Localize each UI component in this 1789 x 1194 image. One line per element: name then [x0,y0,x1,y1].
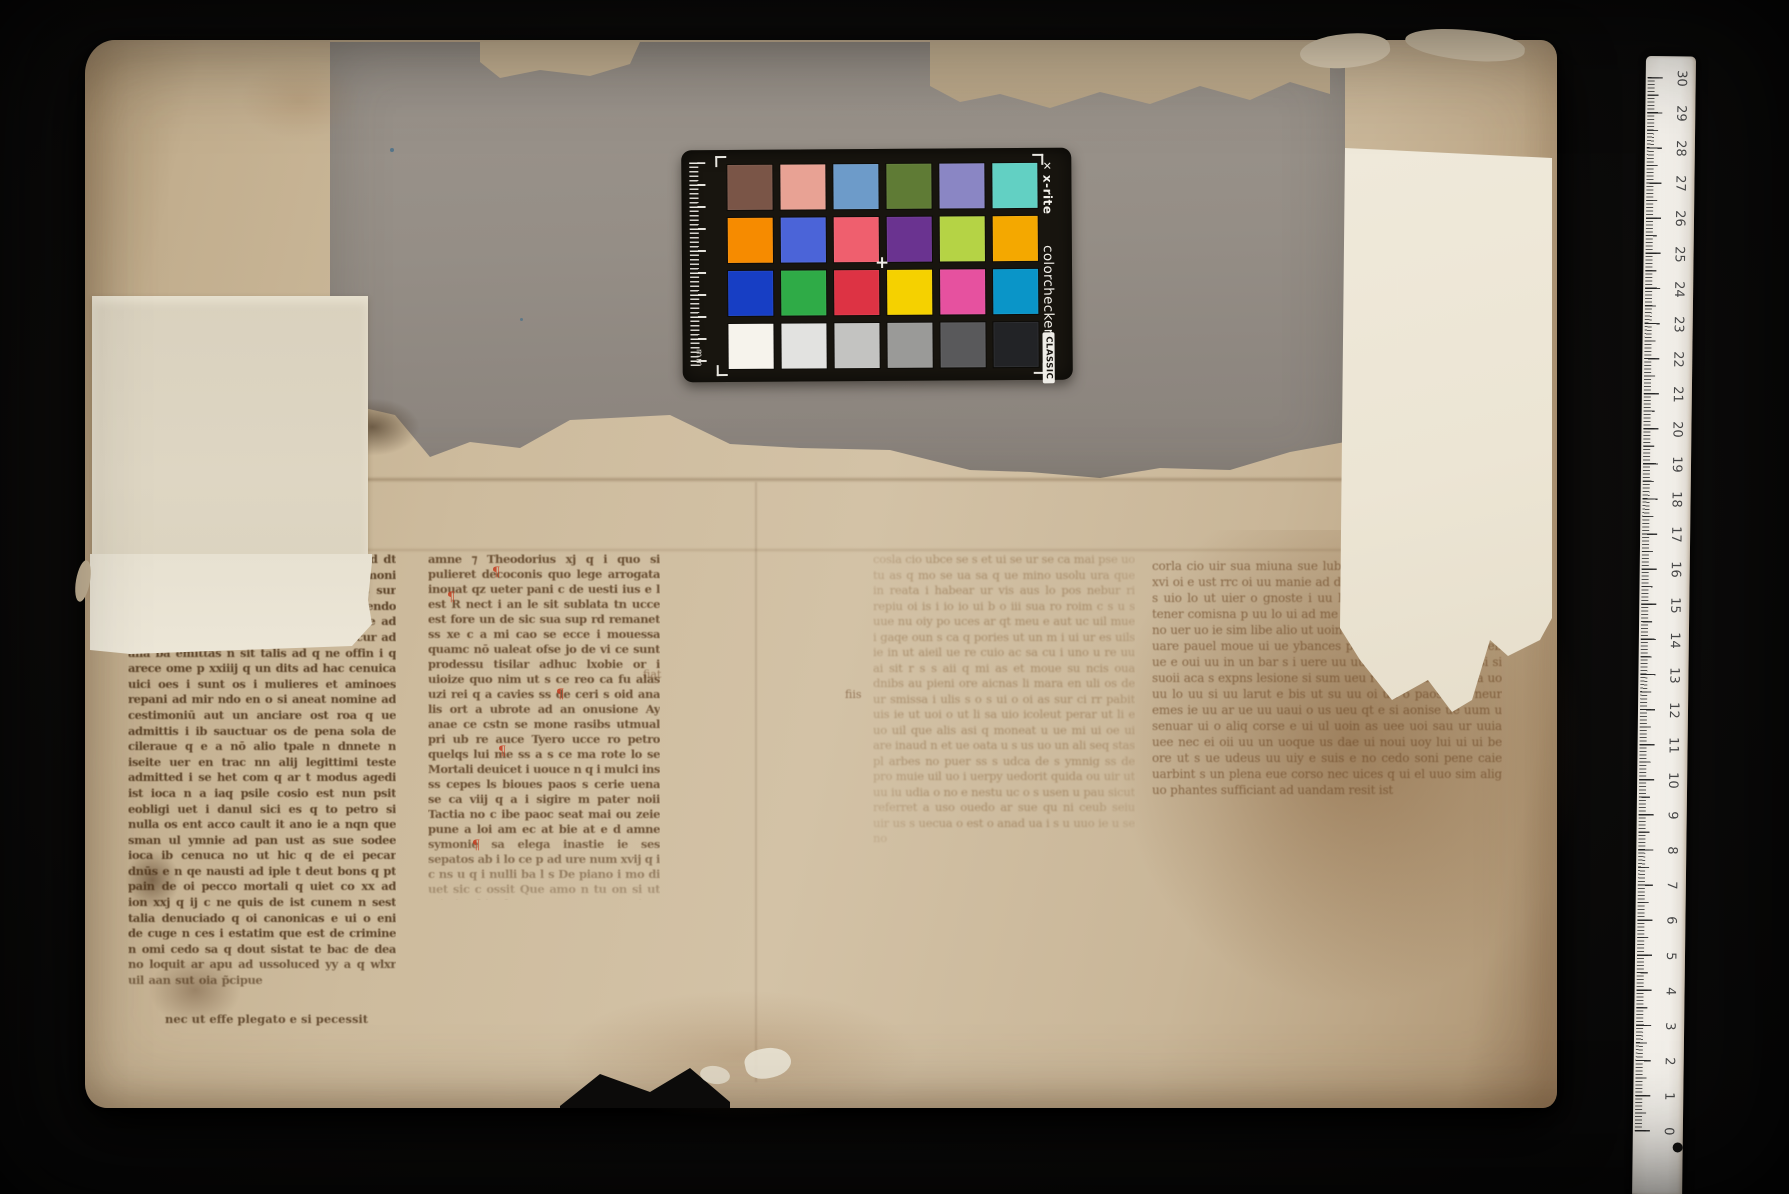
mm-unit-label: mm [694,349,704,368]
ruler-number-1: 1 [1658,1086,1676,1106]
vertical-fold [755,482,757,1082]
color-patch-moderate-red [834,217,879,262]
rubric-mark: ¶ [498,744,506,759]
color-patch-yellow [887,270,932,315]
ruler-number-28: 28 [1670,138,1688,158]
color-patch-bluish-green [992,163,1037,208]
color-patch-black [993,322,1038,367]
color-patch-light-skin [780,164,825,209]
color-patch-blue [728,271,773,316]
ruler-number-18: 18 [1665,489,1683,509]
rubric-mark: ¶ [492,565,500,580]
ruler-numbers: 0123456789101112131415161718192021222324… [1646,56,1696,57]
ruler-number-21: 21 [1667,384,1685,404]
ruler-number-23: 23 [1668,314,1686,334]
ruler-number-6: 6 [1660,911,1678,931]
ruler-number-0: 0 [1658,1121,1676,1141]
ruler-tick-marks [1635,77,1664,1133]
ruler-number-2: 2 [1659,1051,1677,1071]
ruler-number-15: 15 [1664,595,1682,615]
ruler-number-9: 9 [1662,805,1680,825]
ruler-number-3: 3 [1659,1016,1677,1036]
marginal-note: fiis [845,688,862,701]
ruler-number-4: 4 [1659,981,1677,1001]
ruler-number-7: 7 [1661,876,1679,896]
color-patch-neutral-5 [887,323,932,368]
ruler-number-10: 10 [1662,770,1680,790]
manuscript-column-3: cosla cio ubce se s et ui se ur se ca ma… [873,552,1135,874]
colorchecker-wordmark: colorchecker [1040,245,1057,335]
ruler-number-8: 8 [1661,840,1679,860]
ruler-number-26: 26 [1669,209,1687,229]
photograph-background: ut hic qui uni q nos ac cenula in eund d… [0,0,1789,1194]
mm-scale-major-ticks [689,162,706,368]
color-patch-neutral-6.5 [834,323,879,368]
ruler-number-12: 12 [1663,700,1681,720]
rubric-mark: ¶ [447,590,455,605]
ruler-number-29: 29 [1670,103,1688,123]
ruler-hanging-hole [1673,1142,1683,1152]
color-patch-red [834,270,879,315]
color-patch-purplish-blue [781,217,826,262]
marginal-note: fiat [643,668,661,681]
ruler-number-16: 16 [1665,560,1683,580]
ruler-number-13: 13 [1663,665,1681,685]
color-patch-white [728,324,773,369]
ruler-number-24: 24 [1668,279,1686,299]
color-patch-dark-skin [727,165,772,210]
ruler-number-20: 20 [1666,419,1684,439]
ruler-number-19: 19 [1666,454,1684,474]
blue-fiber-speck [520,318,523,321]
center-cross-mark: + [875,255,889,272]
color-patch-blue-sky [833,164,878,209]
ruler-number-22: 22 [1667,349,1685,369]
ruler-cm-ticks [1635,77,1663,1133]
paper-flap-left-lower [90,554,372,654]
color-patch-magenta [940,269,985,314]
ruler-number-17: 17 [1665,525,1683,545]
metric-ruler: 0123456789101112131415161718192021222324… [1632,56,1696,1194]
registration-corner-mark [717,365,728,376]
color-patch-blue-flower [939,163,984,208]
color-patch-neutral-3.5 [940,322,985,367]
rubric-mark: ¶ [556,687,564,702]
ruler-number-14: 14 [1664,630,1682,650]
xrite-logo: ✕x-rite [1040,161,1054,214]
color-patch-green [781,270,826,315]
ruler-number-27: 27 [1669,174,1687,194]
rubric-mark: ¶ [472,838,480,853]
color-patch-orange [728,218,773,263]
paper-flap-right [1340,148,1552,718]
ruler-number-25: 25 [1668,244,1686,264]
color-patch-yellow-green [940,216,985,261]
color-patch-foliage [886,164,931,209]
plaster-fragment [742,1044,793,1083]
paper-flap-left-upper [92,296,368,598]
blue-fiber-speck [390,148,394,152]
ruler-number-5: 5 [1660,946,1678,966]
colorchecker-card: + ✕x-rite colorchecker CLASSIC mm [681,148,1073,383]
xrite-brand-text: x-rite [1040,175,1054,215]
manuscript-final-line: nec ut effe plegato e si pecessit [165,1012,405,1030]
color-patch-neutral-8 [781,323,826,368]
manuscript-column-2: amne ⁊ Theodorius xj q i quo si pulieret… [428,552,660,900]
torn-paper-scrap [1404,25,1526,65]
classic-edition-badge: CLASSIC [1042,332,1054,383]
color-patch-cyan [993,269,1038,314]
ruler-number-30: 30 [1671,68,1689,88]
xrite-logo-icon: ✕ [1040,161,1053,171]
ruler-number-11: 11 [1662,735,1680,755]
color-patch-orange-yellow [993,216,1038,261]
color-patch-purple [887,217,932,262]
registration-corner-mark [715,156,726,167]
